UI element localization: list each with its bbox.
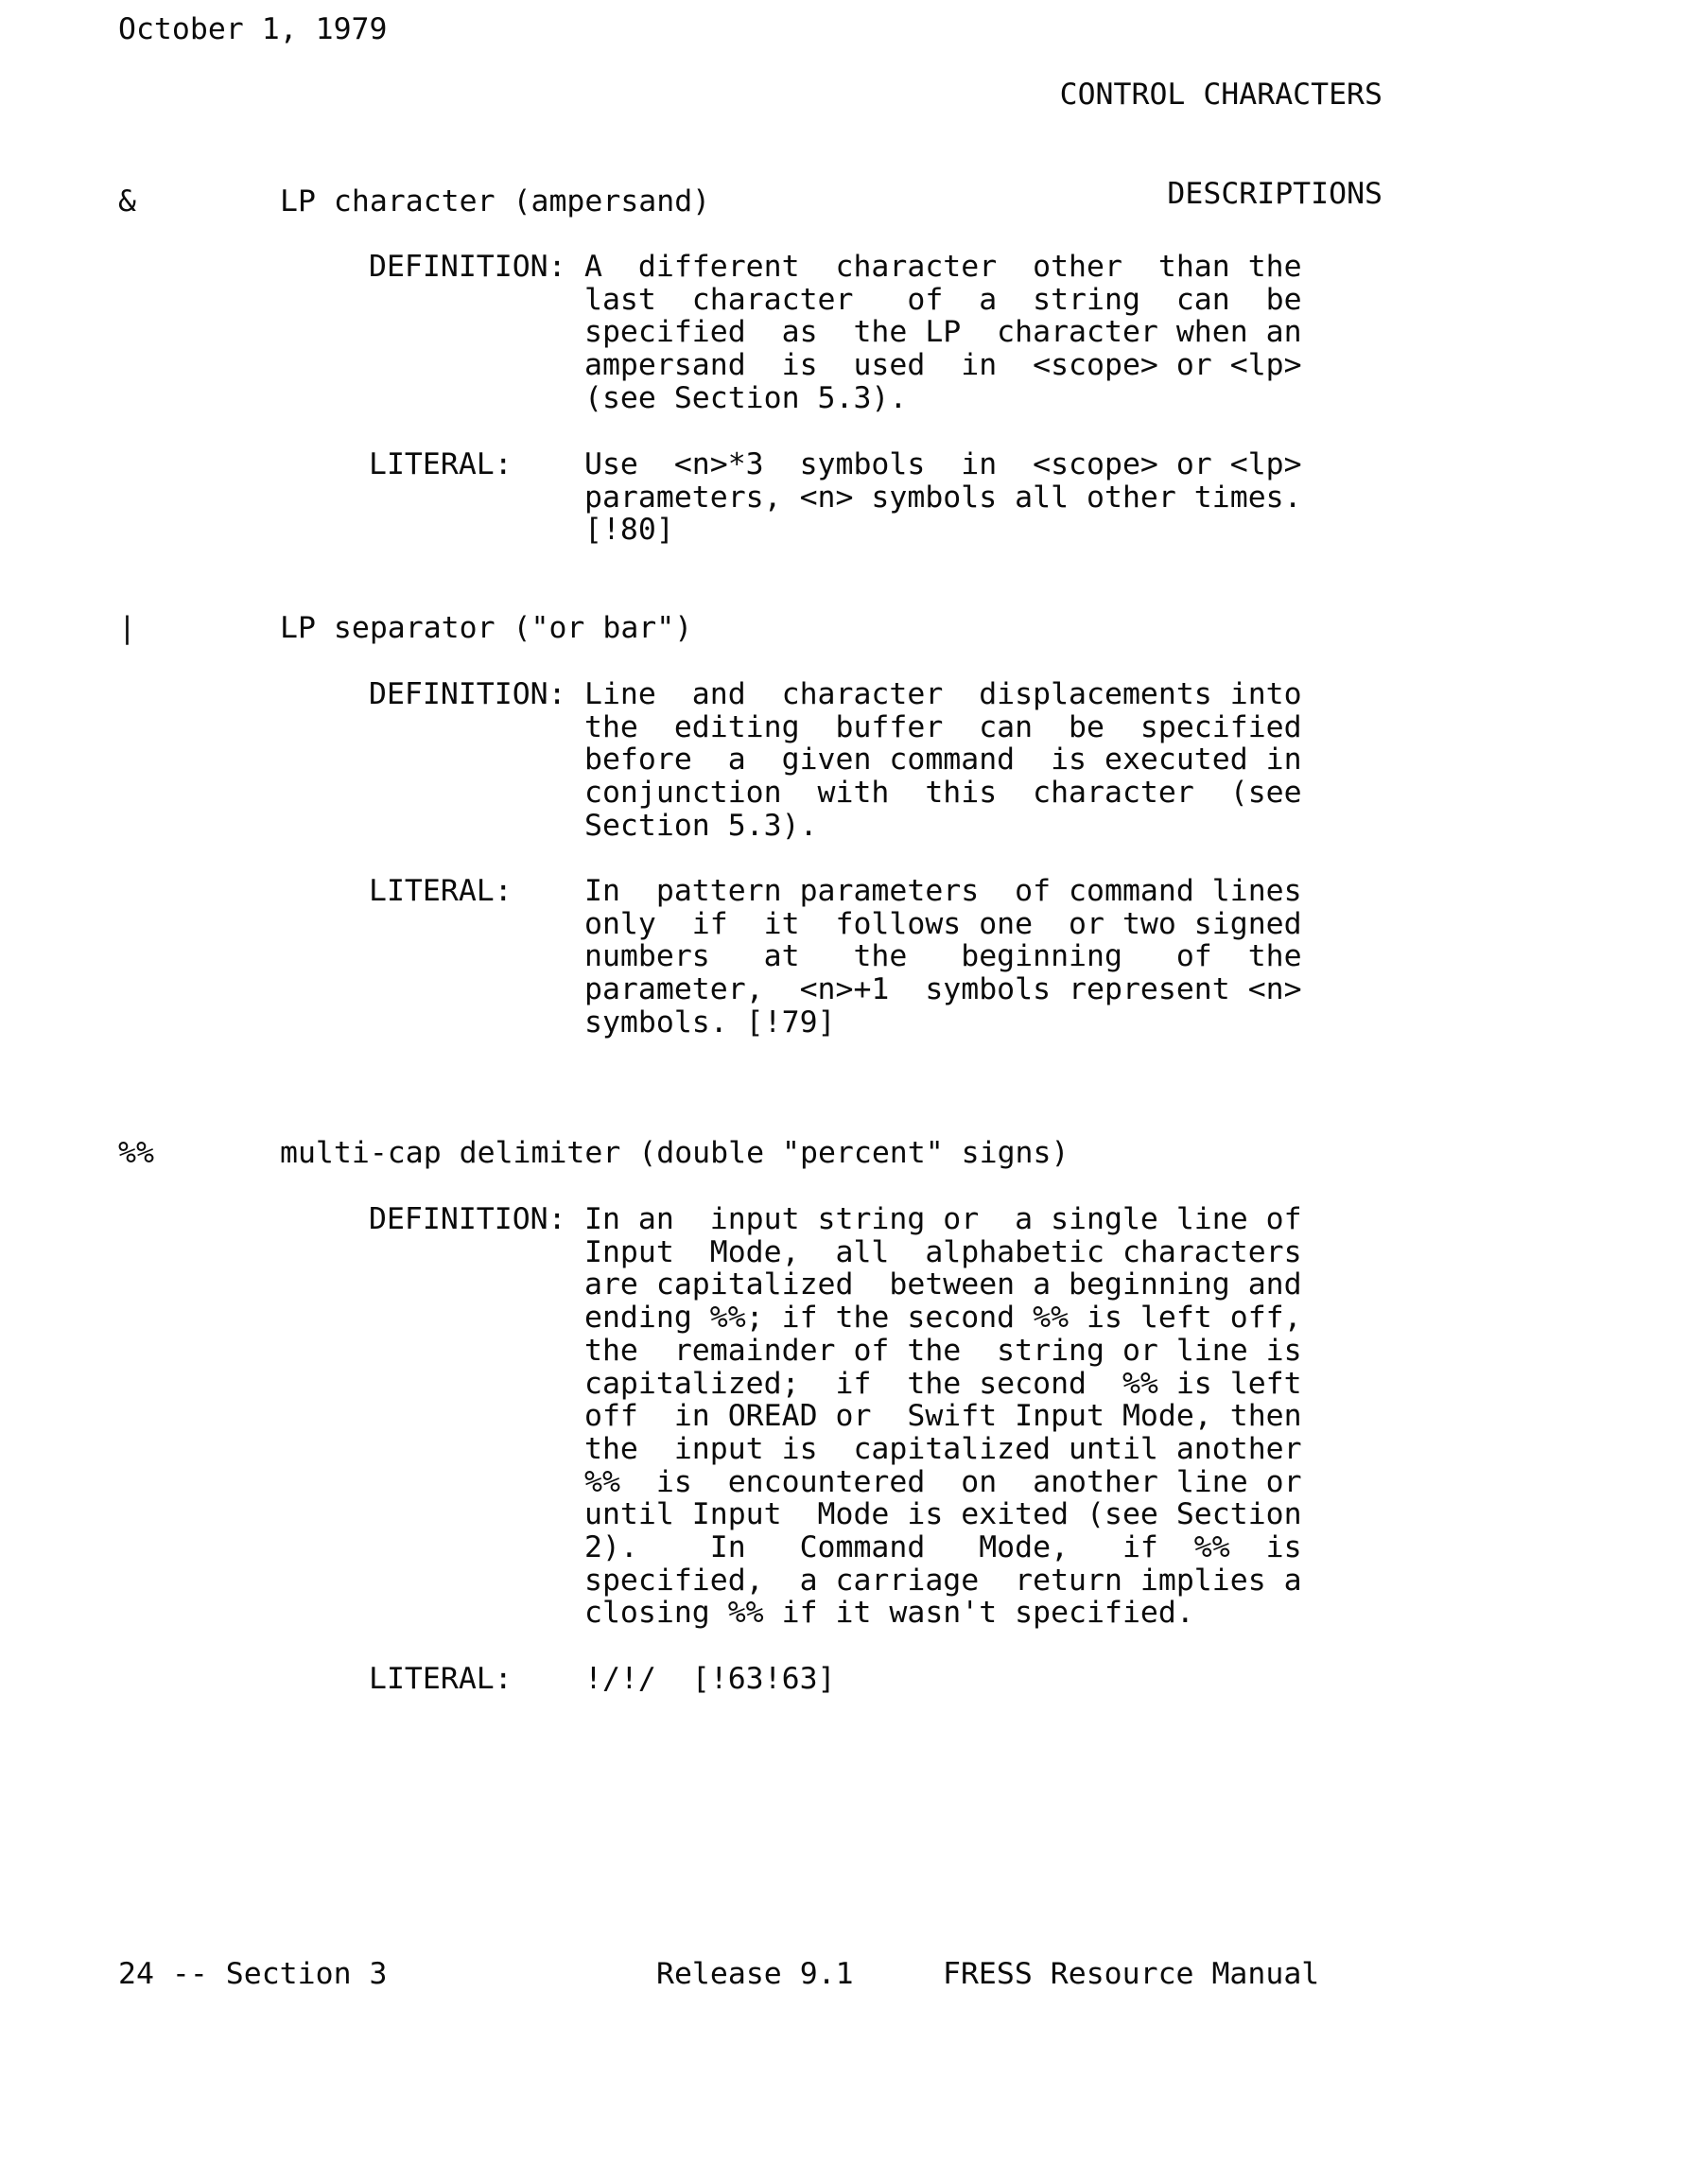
entry-symbol: %% xyxy=(118,1137,154,1170)
footer-manual-title: FRESS Resource Manual xyxy=(943,1958,1319,1991)
literal-label: LITERAL: xyxy=(369,875,513,908)
definition-text: Line and character displacements into th… xyxy=(584,678,1302,843)
definition-label: DEFINITION: xyxy=(369,251,566,284)
definition-label: DEFINITION: xyxy=(369,678,566,711)
definition-label: DEFINITION: xyxy=(369,1203,566,1236)
definition-text: A different character other than the las… xyxy=(584,251,1302,415)
literal-text: !/!/ [!63!63] xyxy=(584,1663,836,1696)
entry-name: LP character (ampersand) xyxy=(280,185,710,218)
literal-text: In pattern parameters of command lines o… xyxy=(584,875,1302,1040)
manual-page: October 1, 1979 CONTROL CHARACTERS DESCR… xyxy=(0,0,1687,2184)
entry-symbol: & xyxy=(118,185,136,218)
definition-text: In an input string or a single line of I… xyxy=(584,1203,1302,1630)
literal-label: LITERAL: xyxy=(369,448,513,481)
entry-name: multi-cap delimiter (double "percent" si… xyxy=(280,1137,1069,1170)
header-title-line1: CONTROL CHARACTERS xyxy=(1060,79,1383,112)
header-title-line2: DESCRIPTIONS xyxy=(1060,178,1383,211)
entry-name: LP separator ("or bar") xyxy=(280,612,692,645)
literal-label: LITERAL: xyxy=(369,1663,513,1696)
footer-page-number: 24 -- Section 3 xyxy=(118,1958,387,1991)
header-title: CONTROL CHARACTERS DESCRIPTIONS xyxy=(1060,13,1383,276)
literal-text: Use <n>*3 symbols in <scope> or <lp> par… xyxy=(584,448,1302,547)
header-date: October 1, 1979 xyxy=(118,13,387,46)
entry-symbol: | xyxy=(118,612,136,645)
footer-release: Release 9.1 xyxy=(656,1958,854,1991)
